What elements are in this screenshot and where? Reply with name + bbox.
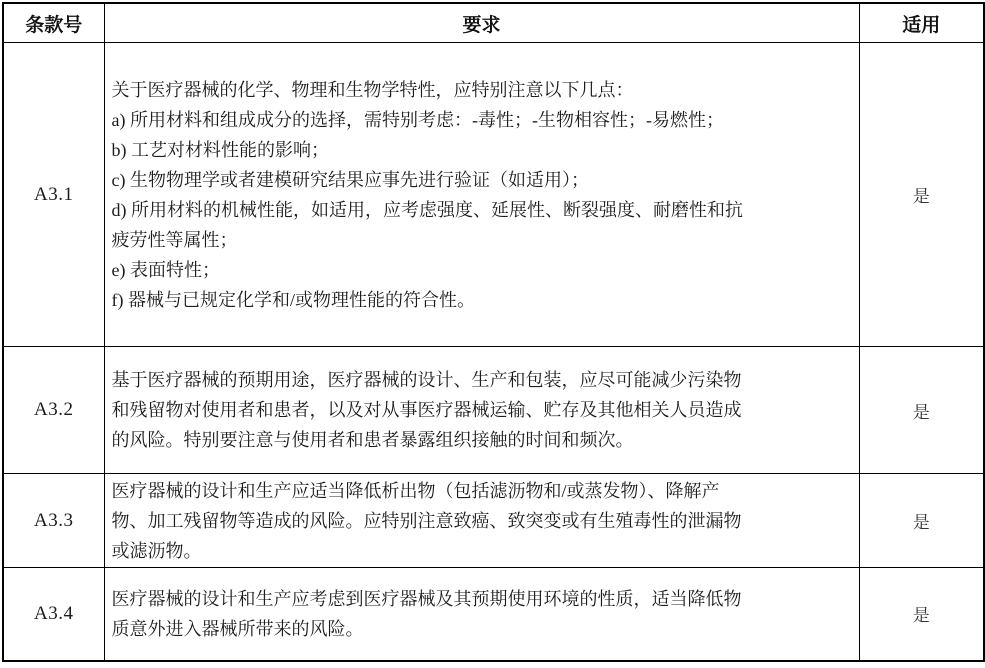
applicable-value: 是 [859,568,984,661]
requirement-cell: 基于医疗器械的预期用途，医疗器械的设计、生产和包装，应尽可能减少污染物 和残留物… [104,347,859,474]
clause-number: A3.2 [3,347,104,474]
requirement-text: 医疗器械的设计和生产应考虑到医疗器械及其预期使用环境的性质，适当降低物 质意外进… [105,584,859,644]
header-applicable: 适用 [859,3,984,43]
applicable-value: 是 [859,43,984,347]
table-header-row: 条款号 要求 适用 [3,3,984,43]
document-page: 条款号 要求 适用 A3.1 关于医疗器械的化学、物理和生物学特性，应特别注意以… [0,0,985,668]
table-row: A3.3 医疗器械的设计和生产应适当降低析出物（包括滤沥物和/或蒸发物）、降解产… [3,474,984,568]
clause-number: A3.1 [3,43,104,347]
requirements-table: 条款号 要求 适用 A3.1 关于医疗器械的化学、物理和生物学特性，应特别注意以… [2,2,985,662]
table-row: A3.4 医疗器械的设计和生产应考虑到医疗器械及其预期使用环境的性质，适当降低物… [3,568,984,661]
requirement-text: 关于医疗器械的化学、物理和生物学特性，应特别注意以下几点： a) 所用材料和组成… [105,75,859,315]
clause-number: A3.3 [3,474,104,568]
clause-number: A3.4 [3,568,104,661]
requirement-cell: 关于医疗器械的化学、物理和生物学特性，应特别注意以下几点： a) 所用材料和组成… [104,43,859,347]
header-requirement: 要求 [104,3,859,43]
requirement-text: 医疗器械的设计和生产应适当降低析出物（包括滤沥物和/或蒸发物）、降解产 物、加工… [105,476,859,566]
header-clause-number: 条款号 [3,3,104,43]
table-row: A3.1 关于医疗器械的化学、物理和生物学特性，应特别注意以下几点： a) 所用… [3,43,984,347]
requirement-text: 基于医疗器械的预期用途，医疗器械的设计、生产和包装，应尽可能减少污染物 和残留物… [105,365,859,455]
requirement-cell: 医疗器械的设计和生产应适当降低析出物（包括滤沥物和/或蒸发物）、降解产 物、加工… [104,474,859,568]
requirement-cell: 医疗器械的设计和生产应考虑到医疗器械及其预期使用环境的性质，适当降低物 质意外进… [104,568,859,661]
applicable-value: 是 [859,474,984,568]
table-row: A3.2 基于医疗器械的预期用途，医疗器械的设计、生产和包装，应尽可能减少污染物… [3,347,984,474]
applicable-value: 是 [859,347,984,474]
